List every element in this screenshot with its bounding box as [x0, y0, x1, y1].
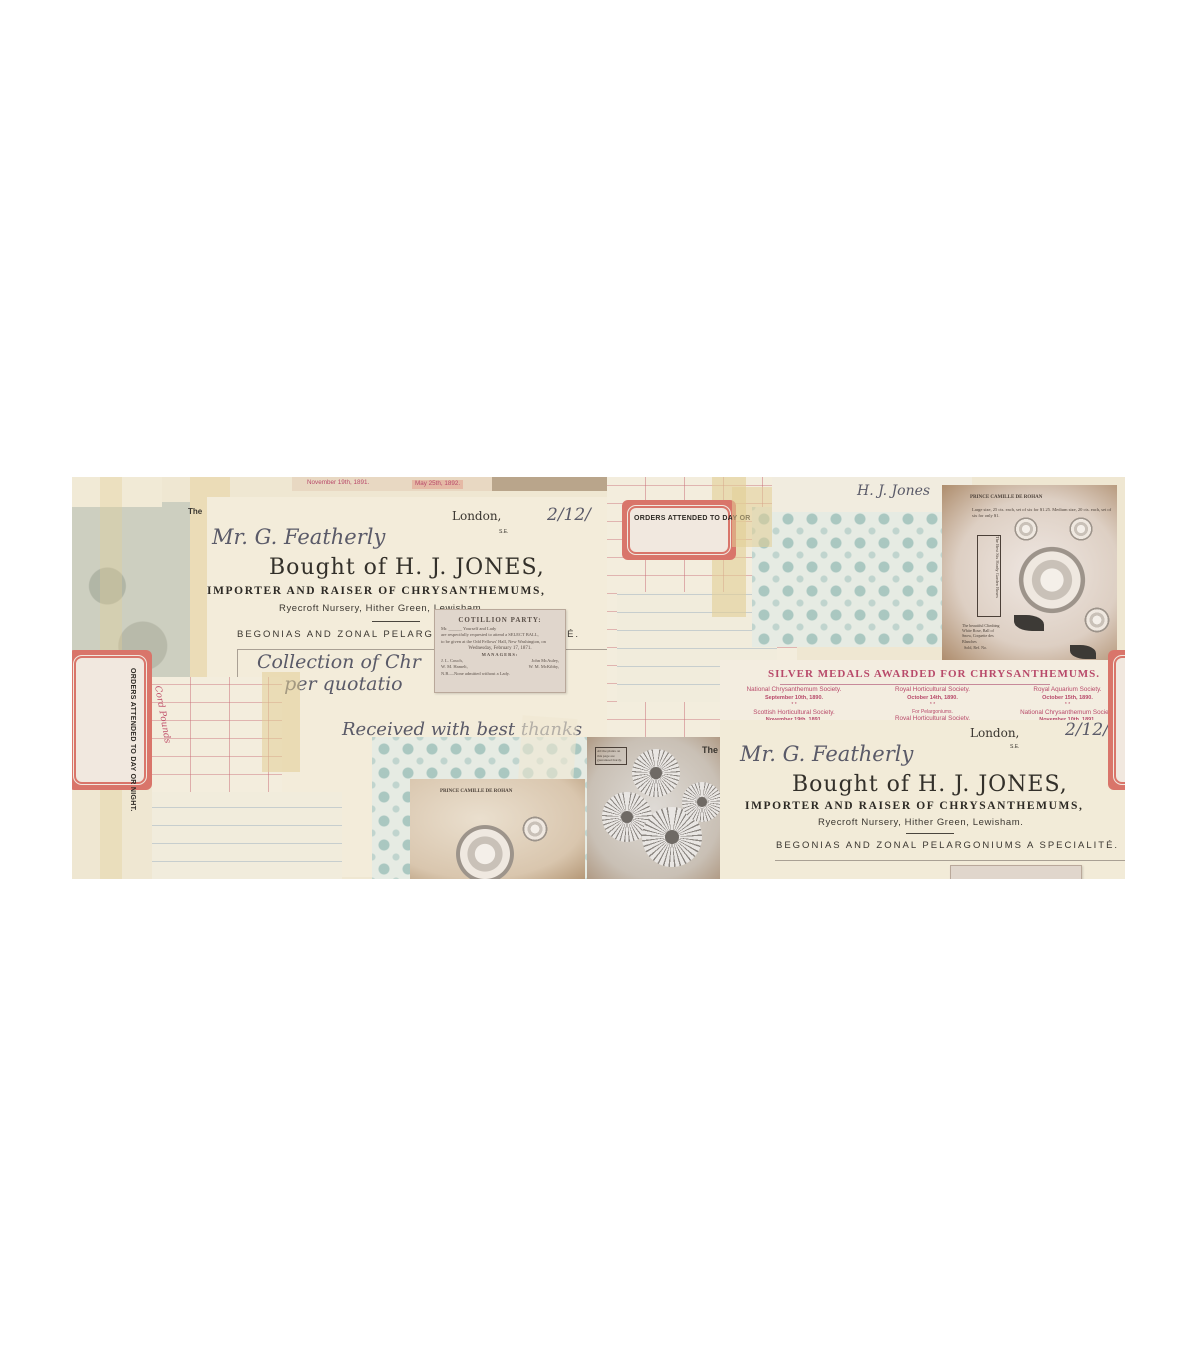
cotillion-line1: Mr. ______ Yourself and Lady	[435, 624, 565, 632]
invoice-right-bought: Bought of H. J. JONES,	[792, 772, 1068, 797]
orders-label-left-text: ORDERS ATTENDED TO DAY OR NIGHT.	[129, 668, 136, 812]
medal-entry: October 14th, 1890.	[870, 695, 995, 702]
medal-entry: For Pelargoniums.	[870, 709, 995, 716]
invoice-right-recipient: Mr. G. Featherly	[740, 742, 913, 766]
medal-col-1: National Chrysanthemum Society. Septembe…	[724, 686, 864, 725]
medal-entry: September 10th, 1890.	[724, 695, 864, 702]
rose-sold: Sold, Ref. No.	[964, 645, 987, 650]
signature-top: H. J. Jones	[857, 483, 930, 499]
rose-clipping-heading: PRINCE CAMILLE DE ROHAN	[440, 789, 512, 796]
rose-sidebar: The Best Six Hardy Garden Roses	[977, 535, 1001, 617]
rose-price: Large size, 25 cts. each, set of six for…	[972, 507, 1112, 519]
rose-caption: The beautiful Climbing White Rose, Ball …	[962, 623, 1004, 644]
rose-heading: PRINCE CAMILLE DE ROHAN	[970, 495, 1042, 502]
ledger-handwriting: Cord Pounds	[152, 685, 172, 744]
rose-clipping-top: PRINCE CAMILLE DE ROHAN Large size, 25 c…	[942, 485, 1117, 660]
fragment-date-red: May 25th, 1892.	[412, 480, 463, 489]
rose-clipping-bottom: PRINCE CAMILLE DE ROHAN	[410, 779, 585, 879]
invoice-left-london: London,	[452, 509, 501, 523]
the-text: The	[188, 507, 202, 516]
medal-entry: Scottish Horticultural Society.	[724, 709, 864, 718]
ledger-rule	[237, 649, 627, 650]
cotillion-card: COTILLION PARTY: Mr. ______ Yourself and…	[434, 609, 566, 693]
medal-entry: * *	[724, 702, 864, 709]
collage-strip: London, S.E. 2/12/ Mr. G. Featherly Boug…	[72, 477, 1125, 879]
invoice-right-date: 2/12/	[1065, 720, 1109, 740]
tape-piece	[732, 487, 772, 547]
rose-leaf	[1070, 645, 1096, 659]
daisy-illustration	[632, 749, 680, 797]
daisy-clipping: All the plants on this page are guarante…	[587, 737, 722, 879]
rose-leaf	[1014, 615, 1044, 631]
invoice-right-nursery: Ryecroft Nursery, Hither Green, Lewisham…	[818, 817, 1024, 828]
top-fragment: November 19th, 1891. May 25th, 1892.	[292, 477, 622, 491]
invoice-right-se: S.E.	[1010, 744, 1019, 750]
invoice-left-se: S.E.	[499, 529, 508, 535]
medal-entry: * *	[870, 702, 995, 709]
orders-label-left: ORDERS ATTENDED TO DAY OR NIGHT.	[72, 650, 152, 790]
cotillion-line3: to be given at the Odd Fellows' Hall, Ne…	[435, 639, 565, 645]
fragment-date-left: November 19th, 1891.	[307, 479, 369, 488]
medal-entry: National Chrysanthemum Society.	[724, 686, 864, 695]
cotillion-date: Wednesday, February 17, 1871.	[435, 645, 565, 652]
daisy-box-text: All the plants on this page are guarante…	[595, 747, 627, 765]
ledger-rule	[775, 860, 1125, 861]
rose-bud-illustration	[1067, 515, 1095, 543]
invoice-left-line1: Collection of Chr	[257, 651, 421, 673]
medal-entry: Royal Horticultural Society.	[870, 686, 995, 695]
invoice-left-importer: IMPORTER AND RAISER OF CHRYSANTHEMUMS,	[207, 585, 545, 597]
medal-title-underline	[780, 684, 1050, 685]
manager-left-2: W. M. Hamelt,	[441, 664, 468, 670]
divider-flourish	[906, 833, 954, 834]
label-inner	[1114, 656, 1125, 784]
invoice-right: London, S.E. 2/12/ Mr. G. Featherly Boug…	[720, 720, 1125, 879]
teal-pattern-right	[752, 507, 972, 647]
silver-medals-title: SILVER MEDALS AWARDED FOR CHRYSANTHEMUMS…	[768, 668, 1100, 680]
rose-illustration	[1012, 540, 1092, 620]
manager-right-2: W. M. McKibby,	[529, 664, 559, 670]
invoice-right-importer: IMPORTER AND RAISER OF CHRYSANTHEMUMS,	[745, 800, 1083, 812]
cotillion-card-fragment	[950, 865, 1082, 879]
rose-bud-illustration	[520, 814, 550, 844]
daisy-the-text: The	[702, 745, 718, 755]
fragment-engraving	[492, 477, 622, 491]
cotillion-title: COTILLION PARTY:	[435, 616, 565, 624]
cotillion-note: N.B.—None admitted without a Lady.	[435, 671, 565, 677]
rose-bud-illustration	[1012, 515, 1040, 543]
invoice-left-date: 2/12/	[547, 505, 591, 525]
daisy-illustration	[682, 782, 722, 822]
rose-bud-illustration	[1082, 605, 1112, 635]
invoice-right-london: London,	[970, 726, 1019, 740]
divider-flourish	[372, 621, 420, 622]
rose-illustration	[450, 819, 520, 879]
invoice-left-recipient: Mr. G. Featherly	[212, 525, 385, 549]
orders-label-center: ORDERS ATTENDED TO DAY OR NIGHT.	[622, 500, 736, 560]
invoice-left-bought: Bought of H. J. JONES,	[269, 555, 545, 580]
silver-medals-panel: SILVER MEDALS AWARDED FOR CHRYSANTHEMUMS…	[720, 660, 1125, 720]
ledger-clip-left-bottom	[152, 792, 342, 879]
tape-piece	[262, 672, 300, 772]
orders-label-right	[1108, 650, 1125, 790]
label-inner	[628, 506, 730, 554]
invoice-right-specialite: BEGONIAS AND ZONAL PELARGONIUMS A SPECIA…	[776, 840, 1119, 851]
